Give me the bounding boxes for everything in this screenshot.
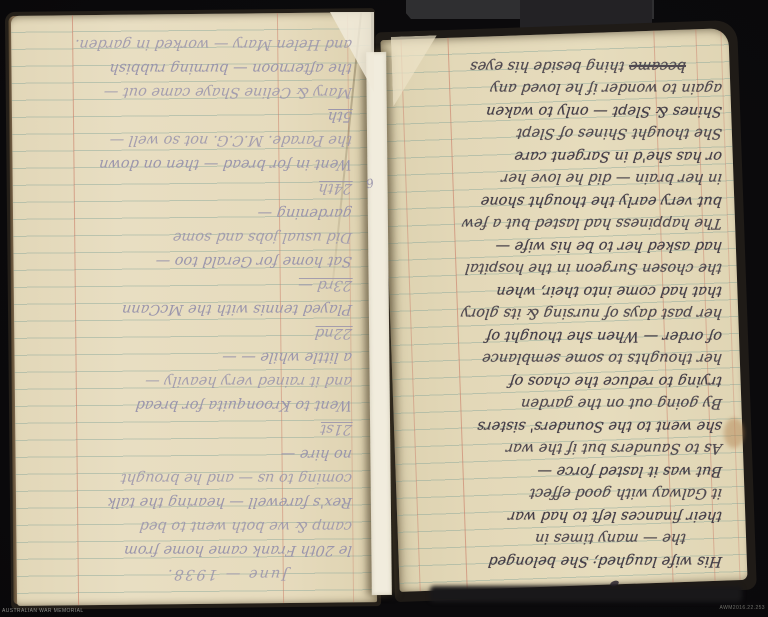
handwriting-line: 21st — [25, 417, 354, 441]
handwriting-line: coming to us — and he brought — [25, 466, 354, 490]
handwriting-line: le 20th Frank came home from — [25, 538, 354, 562]
handwriting-line: again to wonder if he loved any — [411, 77, 723, 100]
handwriting-line: that had come into their, when — [411, 280, 723, 303]
handwriting-line: the Parade. M.C.G. not so well — — [25, 128, 354, 152]
handwriting-line: gardening — — [25, 201, 354, 225]
handwriting-line: Played tennis with the McCann — [25, 297, 354, 321]
handwriting-line: 24th — [25, 176, 354, 200]
handwriting-line: camp & we both went to bed — [25, 514, 354, 538]
handwriting-line: 22nd — [25, 321, 354, 345]
handwriting-line: and it rained very heavily — — [25, 369, 354, 393]
handwriting-line: trying to reduce the chaos of — [411, 370, 723, 393]
accession-number: AWM2016.22.253 — [720, 605, 765, 611]
handwriting-line: in her brain — did he love her — [411, 167, 723, 190]
handwriting-line-struck: became thing beside his eyes — [411, 55, 687, 78]
handwriting-line: By going out on the garden — [411, 392, 723, 415]
handwriting-line: Went to Kroonquita for bread — [25, 393, 354, 417]
handwriting-block: His wife laughed; She belongedthe — many… — [412, 77, 722, 572]
handwriting-line: the chosen Surgeon in the hospital — [411, 257, 723, 280]
handwriting-line: The happiness had lasted but a few — [411, 212, 723, 235]
handwriting-line: but very early the thought shone — [411, 190, 723, 213]
handwriting-line: 23rd — — [25, 273, 354, 297]
handwriting-line: His wife laughed; She belonged — [411, 550, 723, 573]
handwriting-line: and Helen Mary — worked in garden. — [25, 32, 354, 56]
handwriting-line: or has she'd in Sargent care — [411, 145, 723, 168]
page-bottom-shadow — [430, 586, 742, 602]
archive-label: AUSTRALIAN WAR MEMORIAL — [2, 608, 84, 614]
handwriting-line: As to Saunders but if the war — [411, 437, 723, 460]
handwriting-line: Rex's farewell — hearing the talk — [25, 490, 354, 514]
handwriting-line: it Galway with good effect — [411, 482, 723, 505]
handwriting-line: She thought Shines of Slept — [411, 122, 723, 145]
handwriting-line: she went to the Sounders' sisters — [411, 415, 723, 438]
handwriting-right-page: His wife laughed; She belongedthe — many… — [412, 56, 722, 572]
handwriting-line: her thoughts to some semblance — [411, 347, 723, 370]
struck-word: became — [628, 58, 687, 74]
handwriting-line: June — 1938. — [25, 562, 290, 586]
handwriting-line: Sat home for Gerald too — — [25, 249, 354, 273]
handwriting-line: But was it lasted force — — [411, 460, 723, 483]
handwriting-line: their finances left to had war — [411, 505, 723, 528]
handwriting-line: Did usual jobs and some — [25, 225, 354, 249]
handwriting-line: of order — When she thought of — [411, 325, 723, 348]
handwriting-line: a little while — — — [25, 345, 354, 369]
archival-photo: June — 1938.le 20th Frank came home from… — [0, 0, 768, 617]
handwriting-line: her past days of nursing & its glory — [411, 302, 723, 325]
handwriting-line: Shines & Slept — only to waken — [411, 100, 723, 123]
paper-stain — [724, 418, 744, 448]
handwriting-line: Mary & Celine Shaye came out — — [25, 80, 354, 104]
handwriting-line: the — many times in — [411, 527, 687, 550]
handwriting-line: 5th — [25, 104, 354, 128]
struck-line-rest: thing beside his eyes — [469, 58, 630, 74]
handwriting-line: no hire — — [25, 441, 354, 465]
handwriting-left-page: June — 1938.le 20th Frank came home from… — [26, 26, 352, 586]
handwriting-line: had asked her to be his wife — — [411, 235, 723, 258]
handwriting-line: the afternoon — burning rubbish — [25, 56, 354, 80]
handwriting-line: Went in for bread — then on down — [25, 152, 354, 176]
